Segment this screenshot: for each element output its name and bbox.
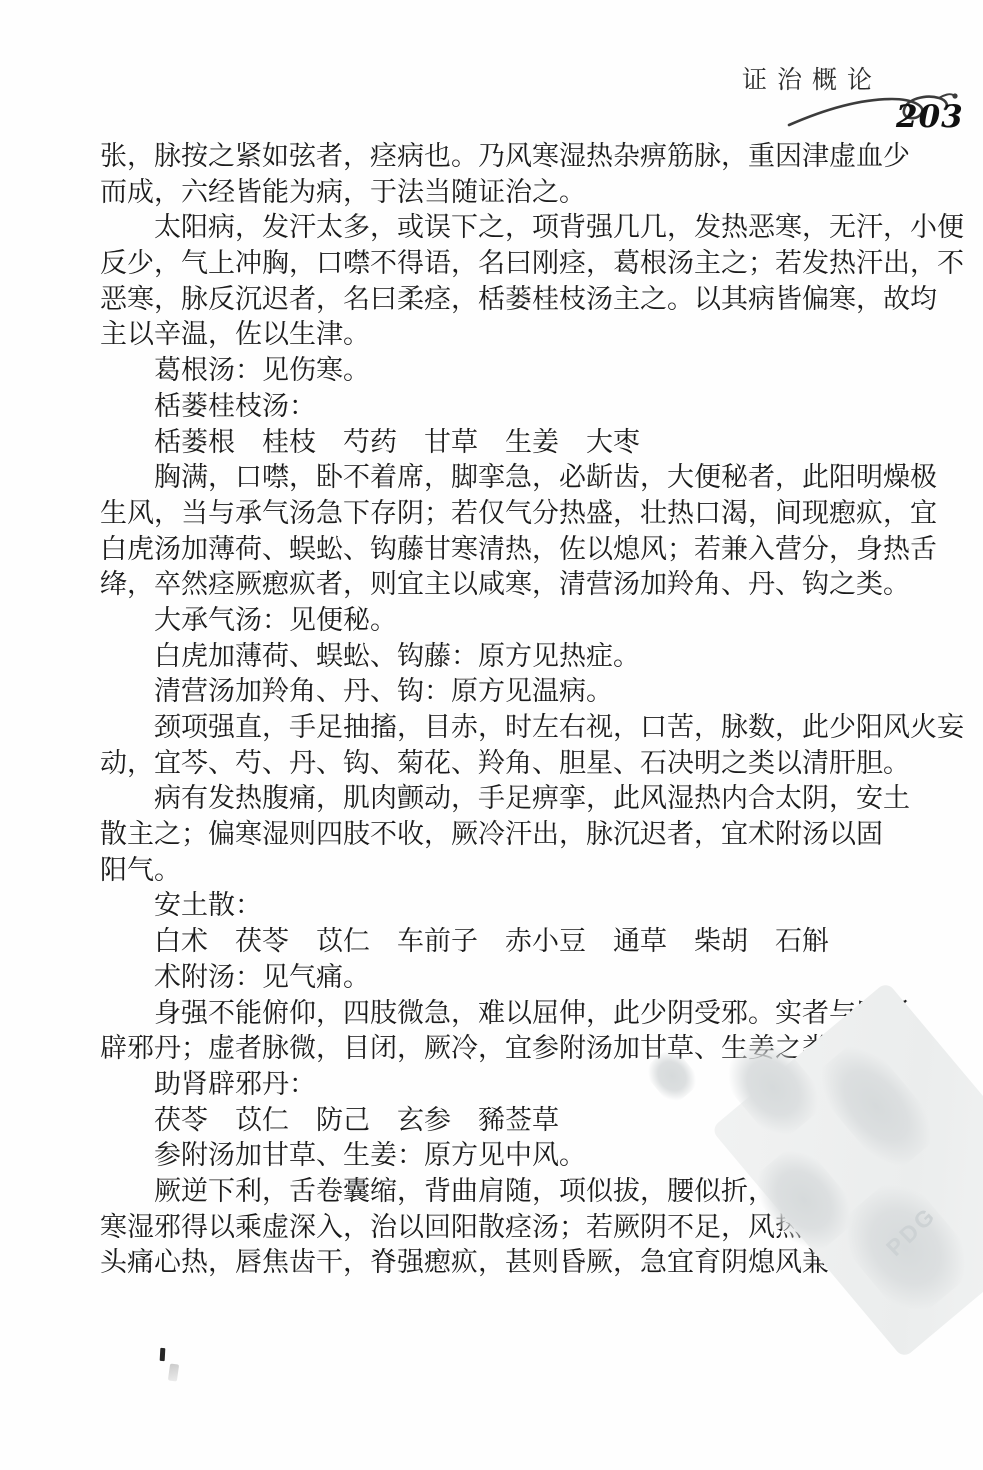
- text-line-3: 太阳病，发汗太多，或误下之，项背强几几，发热恶寒，无汗，小便: [100, 210, 890, 246]
- text-line-29: 参附汤加甘草、生姜：原方见中风。: [100, 1138, 890, 1174]
- text-line-31: 寒湿邪得以乘虚深入，治以回阳散痉汤；若厥阴不足，风热内扰，以致: [100, 1210, 890, 1246]
- text-line-26: 辟邪丹；虚者脉微，目闭，厥冷，宜参附汤加甘草、生姜之类。: [100, 1031, 890, 1067]
- text-line-5: 恶寒，脉反沉迟者，名曰柔痉，栝蒌桂枝汤主之。以其病皆偏寒，故均: [100, 282, 890, 318]
- text-line-2: 而成，六经皆能为病，于法当随证治之。: [100, 175, 890, 211]
- text-line-9: 栝蒌根 桂枝 芍药 甘草 生姜 大枣: [100, 425, 890, 461]
- ink-mark: [160, 1348, 166, 1361]
- text-line-15: 白虎加薄荷、蜈蚣、钩藤：原方见热症。: [100, 639, 890, 675]
- book-page: 证治概论 203 张，脉按之紧如弦者，痉病也。乃风寒湿热杂痹筋脉，重因津虚血少而…: [0, 0, 983, 1470]
- text-line-14: 大承气汤：见便秘。: [100, 603, 890, 639]
- text-line-20: 散主之；偏寒湿则四肢不收，厥冷汗出，脉沉迟者，宜术附汤以固: [100, 817, 890, 853]
- text-line-30: 厥逆下利，舌卷囊缩，背曲肩随，项似拔，腰似折，此厥阳不充，风: [100, 1174, 890, 1210]
- body-text: 张，脉按之紧如弦者，痉病也。乃风寒湿热杂痹筋脉，重因津虚血少而成，六经皆能为病，…: [100, 139, 890, 1281]
- text-line-12: 白虎汤加薄荷、蜈蚣、钩藤甘寒清热，佐以熄风；若兼入营分，身热舌: [100, 532, 890, 568]
- text-line-17: 颈项强直，手足抽搐，目赤，时左右视，口苦，脉数，此少阳风火妄: [100, 710, 890, 746]
- text-line-27: 助肾辟邪丹：: [100, 1067, 890, 1103]
- text-line-16: 清营汤加羚角、丹、钩：原方见温病。: [100, 674, 890, 710]
- text-line-1: 张，脉按之紧如弦者，痉病也。乃风寒湿热杂痹筋脉，重因津虚血少: [100, 139, 890, 175]
- text-line-11: 生风，当与承气汤急下存阴；若仅气分热盛，壮热口渴，间现瘛疭，宜: [100, 496, 890, 532]
- text-line-13: 绛，卒然痉厥瘛疭者，则宜主以咸寒，清营汤加羚角、丹、钩之类。: [100, 567, 890, 603]
- text-line-21: 阳气。: [100, 853, 890, 889]
- text-line-10: 胸满，口噤，卧不着席，脚挛急，必龂齿，大便秘者，此阳明燥极: [100, 460, 890, 496]
- text-line-32: 头痛心热，唇焦齿干，脊强瘛疭，甚则昏厥，急宜育阴熄风兼清包络，: [100, 1245, 890, 1281]
- text-line-19: 病有发热腹痛，肌肉颤动，手足痹挛，此风湿热内合太阴，安土: [100, 781, 890, 817]
- text-line-8: 栝蒌桂枝汤：: [100, 389, 890, 425]
- text-line-18: 动，宜芩、芍、丹、钩、菊花、羚角、胆星、石决明之类以清肝胆。: [100, 746, 890, 782]
- text-line-6: 主以辛温，佐以生津。: [100, 317, 890, 353]
- text-line-28: 茯苓 苡仁 防己 玄参 豨莶草: [100, 1103, 890, 1139]
- text-line-24: 术附汤：见气痛。: [100, 960, 890, 996]
- text-line-22: 安土散：: [100, 888, 890, 924]
- text-line-23: 白术 茯苓 苡仁 车前子 赤小豆 通草 柴胡 石斛: [100, 924, 890, 960]
- text-line-25: 身强不能俯仰，四肢微急，难以屈伸，此少阴受邪。实者与助肾: [100, 996, 890, 1032]
- text-line-4: 反少，气上冲胸，口噤不得语，名曰刚痉，葛根汤主之；若发热汗出，不: [100, 246, 890, 282]
- page-number: 203: [896, 99, 964, 135]
- ink-smudge: [168, 1363, 179, 1381]
- text-line-7: 葛根汤：见伤寒。: [100, 353, 890, 389]
